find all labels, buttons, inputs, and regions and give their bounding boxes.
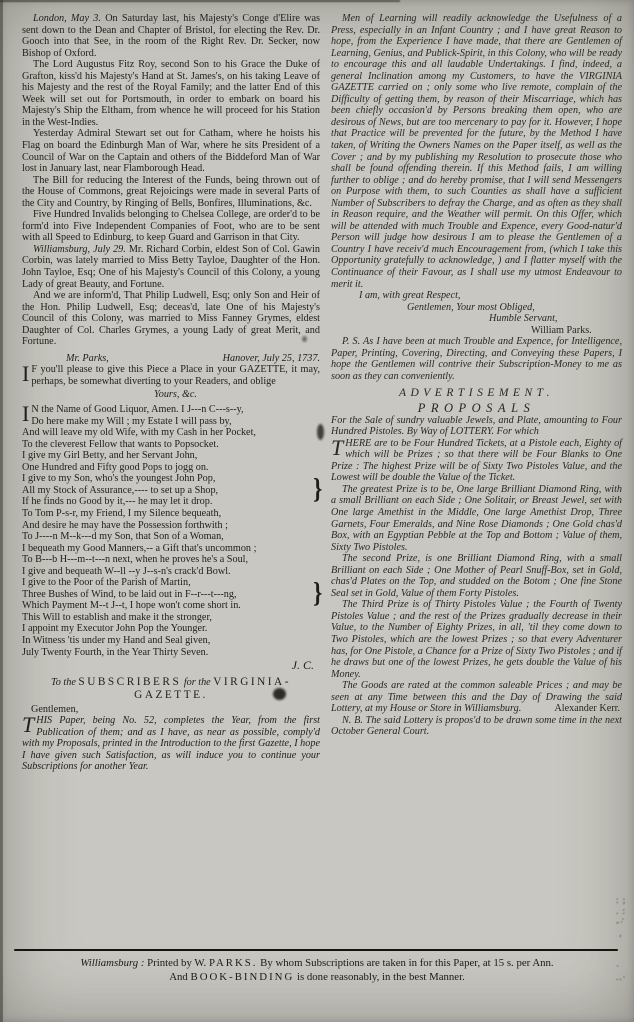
letter-body: IF you'll please to give this Piece a Pl… — [22, 364, 320, 387]
poem-signature: J. C. — [22, 660, 320, 672]
imprint-text: is done reasonably, in the best Manner. — [294, 971, 465, 983]
poem-line: I appoint my Executor John Pop the Young… — [22, 623, 320, 635]
news-paragraph: Williamsburg, July 29. Mr. Richard Corbi… — [22, 244, 320, 290]
advertisement-heading: ADVERTISEMENT. — [331, 388, 622, 400]
poem-line: All my Stock of Assurance,---- to set up… — [22, 485, 304, 497]
news-text: Yesterday Admiral Stewart set out for Ca… — [22, 128, 320, 174]
heading-text: SUBSCRIBERS — [78, 676, 181, 688]
poem-line: I give to the Poor of the Parish of Mart… — [22, 577, 304, 589]
poem-line: And desire he may have the Possession fo… — [22, 520, 320, 532]
imprint-place: Williamsburg : — [80, 957, 144, 969]
closing-line: Gentlemen, Your most Obliged, — [407, 302, 622, 314]
poem-line: If he finds no Good by it,--- he may let… — [22, 496, 304, 508]
right-column: Men of Learning will readily acknowledge… — [331, 13, 622, 738]
heading-text: To the — [51, 677, 78, 688]
letter-addressee: Mr. Parks, — [66, 353, 109, 365]
closing-line: Humble Servant, — [489, 313, 622, 325]
poem-line: This Will to establish and make it the s… — [22, 612, 320, 624]
news-paragraph: Five Hundred Invalids belonging to Chels… — [22, 209, 320, 244]
curly-brace: } — [313, 471, 322, 507]
imprint-text: And — [169, 971, 190, 983]
news-text: Five Hundred Invalids belonging to Chels… — [22, 209, 320, 243]
left-column: London, May 3. On Saturday last, his Maj… — [22, 13, 320, 773]
edge-ink-marks: : ;. :-·̇ ,·..· — [616, 895, 632, 1010]
poem-line: To B---b H---m--t---n next, when he prov… — [22, 554, 320, 566]
poem-line: To Tom P-s-r, my Friend, I my Silence be… — [22, 508, 320, 520]
signature-line: William Parks. — [531, 325, 622, 337]
poem-line: And will leave my old Wife, with my Cash… — [22, 427, 320, 439]
ink-smudge — [273, 688, 286, 700]
nota-bene: N. B. The said Lottery is propos'd to be… — [331, 715, 622, 738]
poem-line: Do here make my Will ; my Estate I will … — [22, 416, 320, 428]
braced-poem-lines: I give to the Poor of the Parish of Mart… — [22, 577, 320, 612]
prize-paragraph: The Third Prize is of Thirty Pistoles Va… — [331, 599, 622, 680]
letter-heading: Mr. Parks, Hanover, July 25, 1737. — [22, 353, 320, 365]
poem-line: Three Bushes of Wind, to be laid out in … — [22, 589, 304, 601]
page-edge-shadow — [0, 0, 400, 2]
proposals-body: THERE are to be Four Hundred Tickets, at… — [331, 438, 622, 484]
braced-poem-lines: I give to my Son, who's the youngest Joh… — [22, 473, 320, 508]
dateline: Williamsburg, July 29. — [33, 244, 126, 255]
news-paragraph: The Lord Augustus Fitz Roy, second Son t… — [22, 59, 320, 128]
proposals-text: HERE are to be Four Hundred Tickets, at … — [331, 438, 622, 484]
subscribers-body: THIS Paper, being No. 52, completes the … — [22, 715, 320, 773]
poem-line: To J----n M--k---d my Son, that Son of a… — [22, 531, 320, 543]
heading-text: VIRGINIA- — [213, 676, 291, 688]
news-paragraph: And we are inform'd, That Philip Ludwell… — [22, 290, 320, 348]
ink-smudge — [317, 424, 324, 440]
poem-line: I give and bequeath W--ll --y J--s-n's c… — [22, 566, 320, 578]
imprint-footer: Williamsburg : Printed by W. PARKS. By w… — [10, 957, 624, 984]
heading-text: for the — [181, 677, 213, 688]
proposals-heading: PROPOSALS — [331, 403, 622, 415]
letter-signoff: Yours, &c. — [22, 389, 320, 401]
proposals-intro: For the Sale of sundry valuable Jewels, … — [331, 415, 622, 438]
drop-cap: I — [22, 364, 31, 383]
news-paragraph: London, May 3. On Saturday last, his Maj… — [22, 13, 320, 59]
poem-line: July Twenty Fourth, in the Year Thirty S… — [22, 647, 320, 659]
news-paragraph: Yesterday Admiral Stewart set out for Ca… — [22, 128, 320, 174]
poem-line: One Hundred and Fifty good Pops to jogg … — [22, 462, 320, 474]
poem-line: I give my Girl Betty, and her Servant Jo… — [22, 450, 320, 462]
news-text: And we are inform'd, That Philip Ludwell… — [22, 290, 320, 347]
prize-paragraph: The second Prize, is one Brilliant Diamo… — [331, 553, 622, 599]
letter-text: F you'll please to give this Piece a Pla… — [31, 364, 320, 387]
poem-line: I give to my Son, who's the youngest Joh… — [22, 473, 304, 485]
subscribers-text: HIS Paper, being No. 52, completes the Y… — [22, 715, 320, 772]
page-edge-shadow — [0, 0, 3, 1022]
heading-text: GAZETTE. — [134, 689, 208, 701]
closing-line: I am, with great Respect, — [359, 290, 622, 302]
poem-line: Which Payment M--t J--t, I hope won't co… — [22, 600, 304, 612]
news-text: The Lord Augustus Fitz Roy, second Son t… — [22, 59, 320, 128]
news-text: The Bill for reducing the Interest of th… — [22, 175, 320, 209]
poem-line: I bequeath my Good Manners,-- a Gift tha… — [22, 543, 320, 555]
publisher-address: Men of Learning will readily acknowledge… — [331, 13, 622, 290]
salutation: Gentlemen, — [22, 704, 320, 716]
ink-smudge — [302, 336, 307, 342]
drop-cap: T — [22, 715, 36, 734]
letter-dateline: Hanover, July 25, 1737. — [223, 353, 320, 365]
footer-rule — [14, 949, 618, 951]
poem-line: To the cleverest Fellow that wants to Po… — [22, 439, 320, 451]
bookbinding-text: BOOK-BINDING — [191, 971, 295, 983]
signature-name: Alexander Kerr. — [554, 703, 620, 714]
imprint-text: By whom Subscriptions are taken in for t… — [257, 957, 553, 969]
postscript: P. S. As I have been at much Trouble and… — [331, 336, 622, 382]
newspaper-page: London, May 3. On Saturday last, his Maj… — [0, 0, 634, 1022]
curly-brace: } — [313, 575, 322, 611]
dateline: London, May 3. — [33, 13, 101, 24]
poem-opening: IN the Name of Good Liquor, Amen. I J---… — [22, 404, 320, 416]
mock-will-poem: IN the Name of Good Liquor, Amen. I J---… — [22, 404, 320, 672]
drop-cap: T — [331, 438, 345, 457]
poem-line: In Witness 'tis under my Hand and Seal g… — [22, 635, 320, 647]
signature-name: William Parks. — [531, 325, 592, 336]
drop-cap: I — [22, 404, 31, 423]
printer-name: PARKS. — [209, 957, 258, 969]
prize-paragraph: The greatest Prize is to be, One large B… — [331, 484, 622, 553]
poem-line: N the Name of Good Liquor, Amen. I J---n… — [31, 404, 243, 415]
news-paragraph: The Bill for reducing the Interest of th… — [22, 175, 320, 210]
imprint-text: Printed by W. — [144, 957, 209, 969]
